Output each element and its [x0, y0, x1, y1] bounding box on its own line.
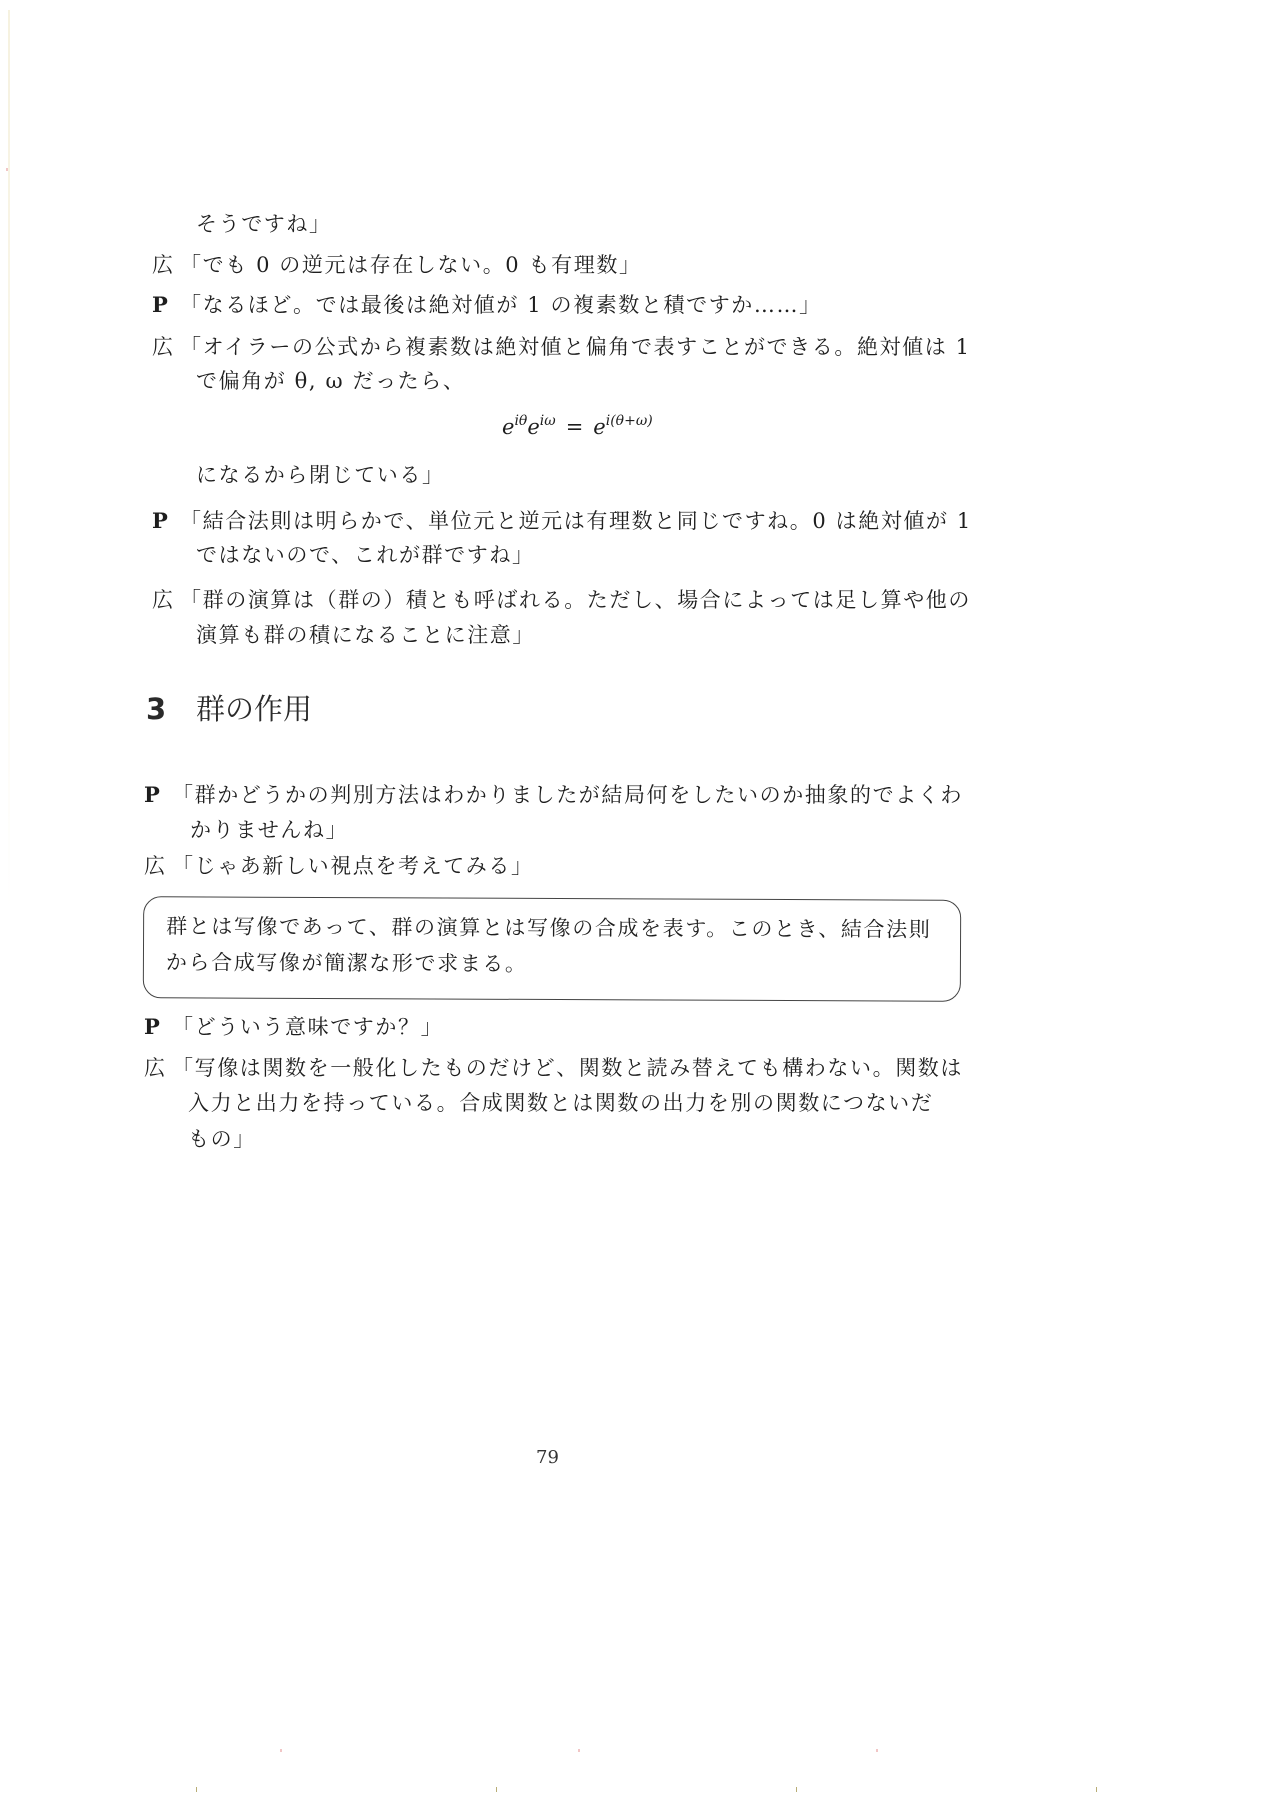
scan-tick: [496, 1787, 497, 1792]
speaker-label: 広: [152, 585, 180, 615]
dialogue-continuation: かりませんね」: [190, 815, 348, 845]
dialogue-text: 「なるほど。では最後は絶対値が 1 の複素数と積ですか……」: [180, 293, 822, 317]
speaker-label: 広: [144, 1053, 172, 1083]
dialogue-line: P「結合法則は明らかで、単位元と逆元は有理数と同じですね。0 は絶対値が 1: [152, 506, 972, 536]
dialogue-line: 広「じゃあ新しい視点を考えてみる」: [144, 851, 534, 881]
dialogue-text: もの」: [188, 1127, 256, 1151]
paragraph-continuation: になるから閉じている」: [196, 460, 445, 490]
dialogue-continuation: 演算も群の積になることに注意」: [196, 620, 535, 650]
dialogue-line: P「なるほど。では最後は絶対値が 1 の複素数と積ですか……」: [152, 290, 822, 320]
dialogue-line: 広「でも 0 の逆元は存在しない。0 も有理数」: [152, 250, 642, 280]
section-number: 3: [146, 689, 196, 729]
dialogue-text: で偏角が θ, ω だったら、: [196, 369, 465, 393]
dialogue-text: 「でも 0 の逆元は存在しない。0 も有理数」: [180, 253, 642, 277]
dialogue-text: 「群の演算は（群の）積とも呼ばれる。ただし、場合によっては足し算や他の: [180, 588, 971, 612]
scan-speck: [578, 1749, 580, 1752]
section-heading: 3群の作用: [146, 689, 312, 729]
scan-speck: [280, 1749, 282, 1752]
dialogue-text: 「群かどうかの判別方法はわかりましたが結局何をしたいのか抽象的でよくわ: [172, 783, 963, 807]
scan-tick: [1096, 1787, 1097, 1792]
section-title: 群の作用: [196, 692, 312, 726]
eq-base: e: [527, 415, 539, 439]
dialogue-text: ではないので、これが群ですね」: [196, 543, 535, 567]
speaker-label: 広: [144, 851, 172, 881]
dialogue-text: 入力と出力を持っている。合成関数とは関数の出力を別の関数につないだ: [188, 1091, 933, 1115]
eq-exponent: iθ: [514, 413, 527, 429]
eq-equals: =: [566, 415, 584, 439]
dialogue-text: 「どういう意味ですか？」: [172, 1015, 443, 1039]
scan-tick: [796, 1787, 797, 1792]
paragraph-text: になるから閉じている」: [196, 463, 445, 487]
dialogue-continuation: ではないので、これが群ですね」: [196, 540, 535, 570]
dialogue-continuation: もの」: [188, 1124, 256, 1154]
paragraph-continuation: そうですね」: [196, 209, 332, 239]
boxed-statement-line: 群とは写像であって、群の演算とは写像の合成を表す。このとき、結合法則: [166, 911, 931, 944]
dialogue-continuation: で偏角が θ, ω だったら、: [196, 366, 465, 396]
eq-exponent: iω: [540, 413, 556, 429]
paragraph-text: そうですね」: [196, 212, 332, 236]
dialogue-text: 「結合法則は明らかで、単位元と逆元は有理数と同じですね。0 は絶対値が 1: [180, 509, 972, 533]
scan-tick: [196, 1787, 197, 1792]
dialogue-line: 広「群の演算は（群の）積とも呼ばれる。ただし、場合によっては足し算や他の: [152, 585, 971, 615]
boxed-statement-line: から合成写像が簡潔な形で求まる。: [166, 947, 528, 979]
dialogue-text: 「オイラーの公式から複素数は絶対値と偏角で表すことができる。絶対値は 1: [180, 335, 971, 359]
dialogue-text: かりませんね」: [190, 818, 348, 842]
dialogue-text: 「写像は関数を一般化したものだけど、関数と読み替えても構わない。関数は: [172, 1056, 963, 1080]
dialogue-line: P「どういう意味ですか？」: [144, 1012, 443, 1042]
speaker-label: 広: [152, 332, 180, 362]
scan-speck: [6, 168, 8, 171]
speaker-label: P: [152, 290, 180, 320]
scan-speck: [876, 1749, 878, 1752]
eq-base: e: [502, 415, 514, 439]
speaker-label: 広: [152, 250, 180, 280]
eq-exponent: i(θ+ω): [606, 413, 653, 429]
dialogue-text: 演算も群の積になることに注意」: [196, 623, 535, 647]
speaker-label: P: [144, 780, 172, 810]
document-page: そうですね」 広「でも 0 の逆元は存在しない。0 も有理数」 P「なるほど。で…: [0, 0, 1280, 1809]
eq-base: e: [593, 415, 605, 439]
dialogue-continuation: 入力と出力を持っている。合成関数とは関数の出力を別の関数につないだ: [188, 1088, 933, 1118]
dialogue-line: P「群かどうかの判別方法はわかりましたが結局何をしたいのか抽象的でよくわ: [144, 780, 963, 810]
dialogue-line: 広「オイラーの公式から複素数は絶対値と偏角で表すことができる。絶対値は 1: [152, 332, 971, 362]
euler-equation: eiθeiω=ei(θ+ω): [502, 406, 653, 442]
scan-edge-artifact: [8, 10, 10, 910]
dialogue-text: 「じゃあ新しい視点を考えてみる」: [172, 854, 534, 878]
dialogue-line: 広「写像は関数を一般化したものだけど、関数と読み替えても構わない。関数は: [144, 1053, 963, 1083]
speaker-label: P: [152, 506, 180, 536]
page-number: 79: [536, 1447, 559, 1468]
speaker-label: P: [144, 1012, 172, 1042]
boxed-statement: 群とは写像であって、群の演算とは写像の合成を表す。このとき、結合法則 から合成写…: [143, 896, 961, 1002]
